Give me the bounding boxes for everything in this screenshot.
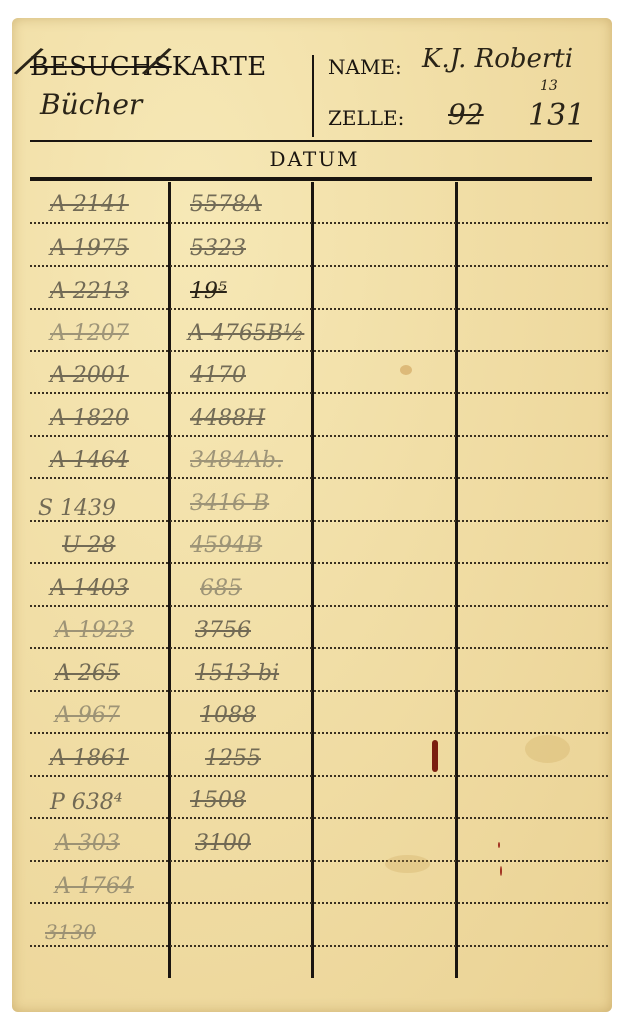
entry-col1: A 265: [55, 661, 120, 686]
row-rule: [30, 605, 608, 607]
entry-col1: A 1464: [50, 448, 129, 473]
name-label: NAME:: [328, 55, 402, 79]
row-rule: [30, 392, 608, 394]
row-rule: [30, 435, 608, 437]
entry-col1: S 1439: [38, 496, 116, 521]
water-stain: [525, 735, 570, 763]
ink-stain: [500, 866, 502, 876]
zelle-value: 131: [528, 98, 585, 133]
header-rule: [30, 140, 592, 142]
entry-col1: A 2001: [50, 363, 129, 388]
column-divider-2: [311, 182, 314, 978]
entry-col2: 1088: [200, 703, 256, 728]
row-rule: [30, 690, 608, 692]
water-stain: [400, 365, 412, 375]
row-rule: [30, 817, 608, 819]
entry-col2: 3756: [195, 618, 251, 643]
row-rule: [30, 860, 608, 862]
entry-col2: 3484Ab.: [190, 448, 283, 473]
card-title-handwritten: Bücher: [40, 88, 142, 121]
entry-col1: A 967: [55, 703, 120, 728]
entry-col1: A 2141: [50, 192, 129, 217]
name-value: K.J. Roberti: [422, 44, 573, 74]
header-divider: [312, 55, 314, 137]
entry-col2: 3416 B: [190, 491, 269, 516]
row-rule: [30, 520, 608, 522]
datum-rule: [30, 177, 592, 181]
row-rule: [30, 945, 608, 947]
datum-header: DATUM: [0, 147, 629, 171]
water-stain: [385, 855, 430, 873]
row-rule: [30, 308, 608, 310]
entry-col1: A 1923: [55, 618, 134, 643]
zelle-label: ZELLE:: [328, 106, 404, 130]
row-rule: [30, 222, 608, 224]
row-rule: [30, 775, 608, 777]
zelle-old-value: 92: [448, 98, 484, 131]
entry-col2: 4594B: [190, 533, 262, 558]
entry-col2: 1255: [205, 746, 261, 771]
row-rule: [30, 647, 608, 649]
row-rule: [30, 902, 608, 904]
entry-col2: 19⁵: [190, 279, 227, 304]
entry-col2: 1508: [190, 788, 246, 813]
entry-col1: A 303: [55, 831, 120, 856]
entry-col1: P 638⁴: [50, 790, 123, 815]
entry-col2: 1513 bi: [195, 661, 279, 686]
row-rule: [30, 562, 608, 564]
entry-col2: A 4765B½: [188, 321, 304, 346]
entry-col1: A 1820: [50, 406, 129, 431]
row-rule: [30, 350, 608, 352]
entry-col1: U 28: [62, 533, 116, 558]
ink-stain: [432, 740, 438, 772]
column-divider-3: [455, 182, 458, 978]
entry-col1: A 1861: [50, 746, 129, 771]
entry-col1: 3130: [45, 920, 96, 944]
row-rule: [30, 477, 608, 479]
column-divider-1: [168, 182, 171, 978]
entry-col2: 5323: [190, 236, 246, 261]
entry-col1: A 1403: [50, 576, 129, 601]
ink-stain: [498, 842, 500, 848]
entry-col2: 4488H: [190, 406, 265, 431]
entry-col1: A 1207: [50, 321, 129, 346]
entry-col1: A 1975: [50, 236, 129, 261]
entry-col2: 3100: [195, 831, 251, 856]
entry-col1: A 2213: [50, 279, 129, 304]
entry-col2: 5578A: [190, 192, 262, 217]
row-rule: [30, 732, 608, 734]
row-rule: [30, 265, 608, 267]
entry-col1: A 1764: [55, 874, 134, 899]
entry-col2: 685: [200, 576, 242, 601]
card-title-remainder: KARTE: [172, 52, 267, 82]
zelle-superscript: 13: [540, 78, 558, 94]
entry-col2: 4170: [190, 363, 246, 388]
